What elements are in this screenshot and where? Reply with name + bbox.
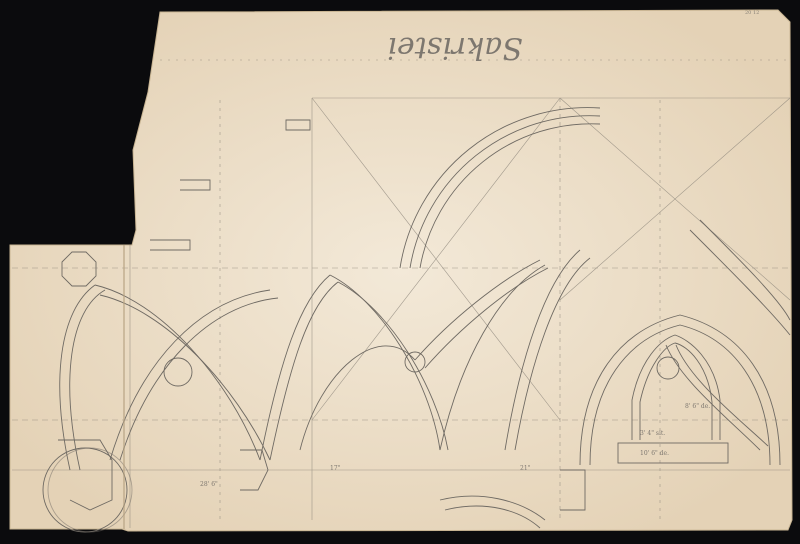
corner-note: 20 12 — [745, 10, 759, 16]
inscription: Sakristei — [387, 30, 522, 65]
drawing-canvas: Sakristei 10' 6" de. 8' 6" de. 3' 4" sit… — [0, 0, 800, 544]
paper-sheet — [10, 10, 792, 531]
annotation-5: 17" — [330, 465, 341, 472]
annotation-4: 28' 6" — [200, 481, 218, 488]
annotation-6: 21" — [520, 465, 531, 472]
annotation-3: 3' 4" sit. — [640, 430, 665, 437]
annotation-2: 8' 6" de. — [685, 403, 710, 410]
annotation-1: 10' 6" de. — [640, 450, 669, 457]
